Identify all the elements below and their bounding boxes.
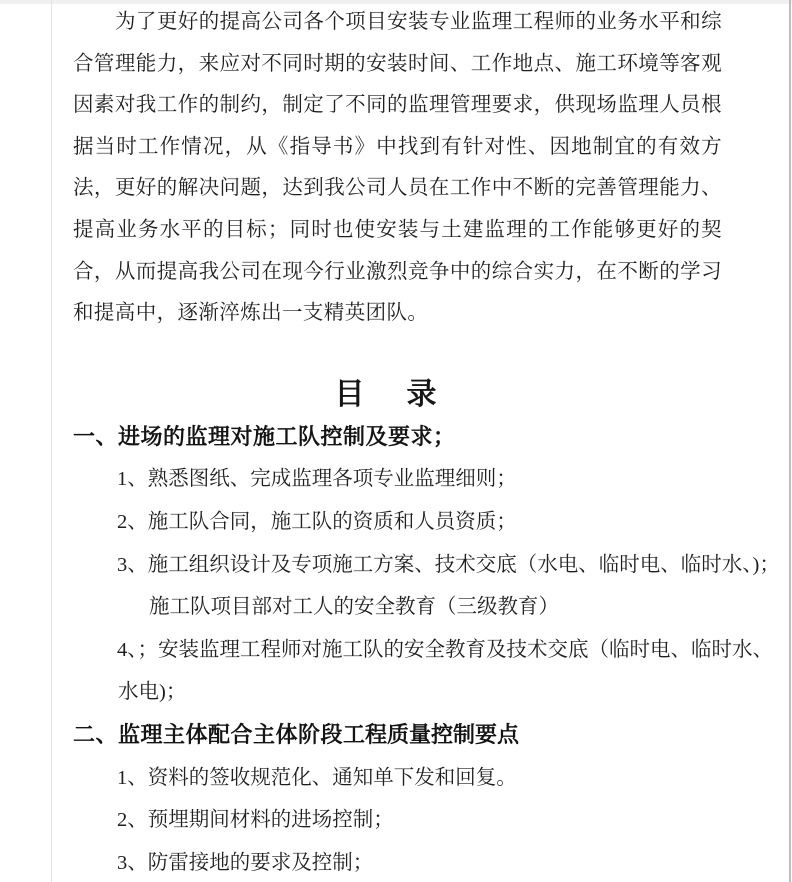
document-page: 为了更好的提高公司各个项目安装专业监理工程师的业务水平和综合管理能力，来应对不同… <box>0 0 792 882</box>
toc-title: 目 录 <box>73 376 704 414</box>
toc-item-1-1: 1、熟悉图纸、完成监理各项专业监理细则； <box>73 458 722 501</box>
toc-section-2-heading: 二、监理主体配合主体阶段工程质量控制要点 <box>73 714 722 757</box>
intro-paragraph: 为了更好的提高公司各个项目安装专业监理工程师的业务水平和综合管理能力，来应对不同… <box>73 2 722 335</box>
toc-item-2-1: 1、资料的签收规范化、通知单下发和回复。 <box>73 757 722 800</box>
toc-heading-part-1: 工程质量控制要点 <box>343 722 519 747</box>
toc-item-2-2: 2、预埋期间材料的进场控制； <box>73 799 722 842</box>
toc-section-1-heading: 一、进场的监理对施工队控制及要求； <box>73 416 722 459</box>
toc-lines: 一、进场的监理对施工队控制及要求；1、熟悉图纸、完成监理各项专业监理细则；2、施… <box>73 416 722 882</box>
toc-item-1-4: 4、；安装监理工程师对施工队的安全教育及技术交底（临时电、临时水、 <box>73 629 722 672</box>
toc-heading-part-0: 二、监理主体配合主体阶段 <box>73 722 343 747</box>
page-content: 为了更好的提高公司各个项目安装专业监理工程师的业务水平和综合管理能力，来应对不同… <box>73 2 722 882</box>
toc-item-1-3-continued: 施工队项目部对工人的安全教育（三级教育） <box>73 586 722 629</box>
toc-item-1-3: 3、施工组织设计及专项施工方案、技术交底（水电、临时电、临时水、)； <box>73 544 722 587</box>
page-left-edge <box>51 0 52 882</box>
page-right-edge <box>789 0 791 882</box>
toc-item-1-2: 2、施工队合同，施工队的资质和人员资质； <box>73 501 722 544</box>
toc-item-2-3: 3、防雷接地的要求及控制； <box>73 842 722 882</box>
toc-item-1-4-continued: 水电)； <box>73 671 722 714</box>
